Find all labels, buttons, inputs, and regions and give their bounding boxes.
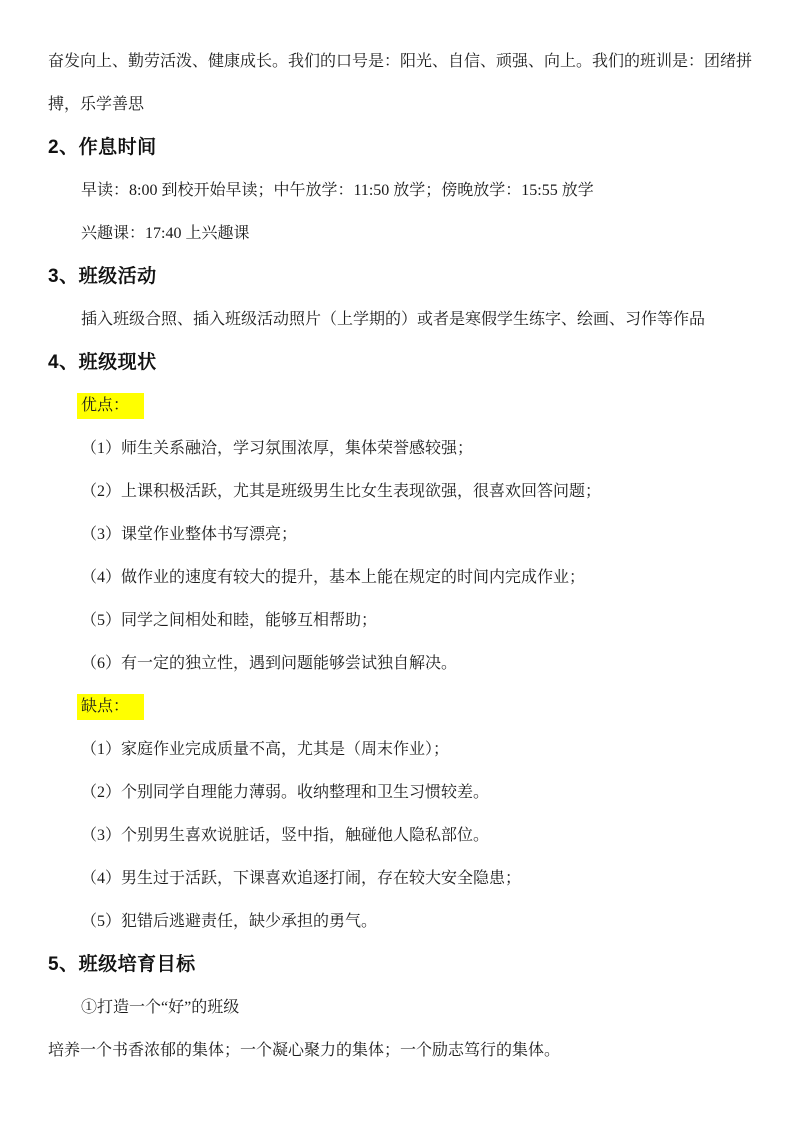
intro-paragraph: 奋发向上、勤劳活泼、健康成长。我们的口号是：阳光、自信、顽强、向上。我们的班训是… [48,40,755,126]
pros-label-highlight: 优点： [77,393,144,419]
section-heading-activities: 3、班级活动 [48,255,755,298]
cons-label-line: 缺点： [48,685,755,728]
cons-item-2: （2）个别同学自理能力薄弱。收纳整理和卫生习惯较差。 [48,771,755,814]
schedule-interest-class-line: 兴趣课：17:40 上兴趣课 [48,212,755,255]
cons-item-3: （3）个别男生喜欢说脏话，竖中指，触碰他人隐私部位。 [48,814,755,857]
cons-item-1: （1）家庭作业完成质量不高，尤其是（周末作业）； [48,728,755,771]
section-heading-schedule: 2、作息时间 [48,126,755,169]
pros-item-2: （2）上课积极活跃，尤其是班级男生比女生表现欲强，很喜欢回答问题； [48,470,755,513]
pros-item-4: （4）做作业的速度有较大的提升，基本上能在规定的时间内完成作业； [48,556,755,599]
cons-item-5: （5）犯错后逃避责任，缺少承担的勇气。 [48,900,755,943]
closing-paragraph: 培养一个书香浓郁的集体；一个凝心聚力的集体；一个励志笃行的集体。 [48,1029,755,1072]
cons-label-highlight: 缺点： [77,694,144,720]
goal-line: ①打造一个“好”的班级 [48,986,755,1029]
pros-item-1: （1）师生关系融洽，学习氛围浓厚，集体荣誉感较强； [48,427,755,470]
document-page: 奋发向上、勤劳活泼、健康成长。我们的口号是：阳光、自信、顽强、向上。我们的班训是… [0,0,793,1122]
pros-label-line: 优点： [48,384,755,427]
section-heading-status: 4、班级现状 [48,341,755,384]
pros-item-3: （3）课堂作业整体书写漂亮； [48,513,755,556]
activities-paragraph: 插入班级合照、插入班级活动照片（上学期的）或者是寒假学生练字、绘画、习作等作品 [48,298,755,341]
pros-item-6: （6）有一定的独立性，遇到问题能够尝试独自解决。 [48,642,755,685]
cons-item-4: （4）男生过于活跃，下课喜欢追逐打闹，存在较大安全隐患； [48,857,755,900]
section-heading-goals: 5、班级培育目标 [48,943,755,986]
schedule-morning-line: 早读：8:00 到校开始早读；中午放学：11:50 放学；傍晚放学：15:55 … [48,169,755,212]
pros-item-5: （5）同学之间相处和睦，能够互相帮助； [48,599,755,642]
